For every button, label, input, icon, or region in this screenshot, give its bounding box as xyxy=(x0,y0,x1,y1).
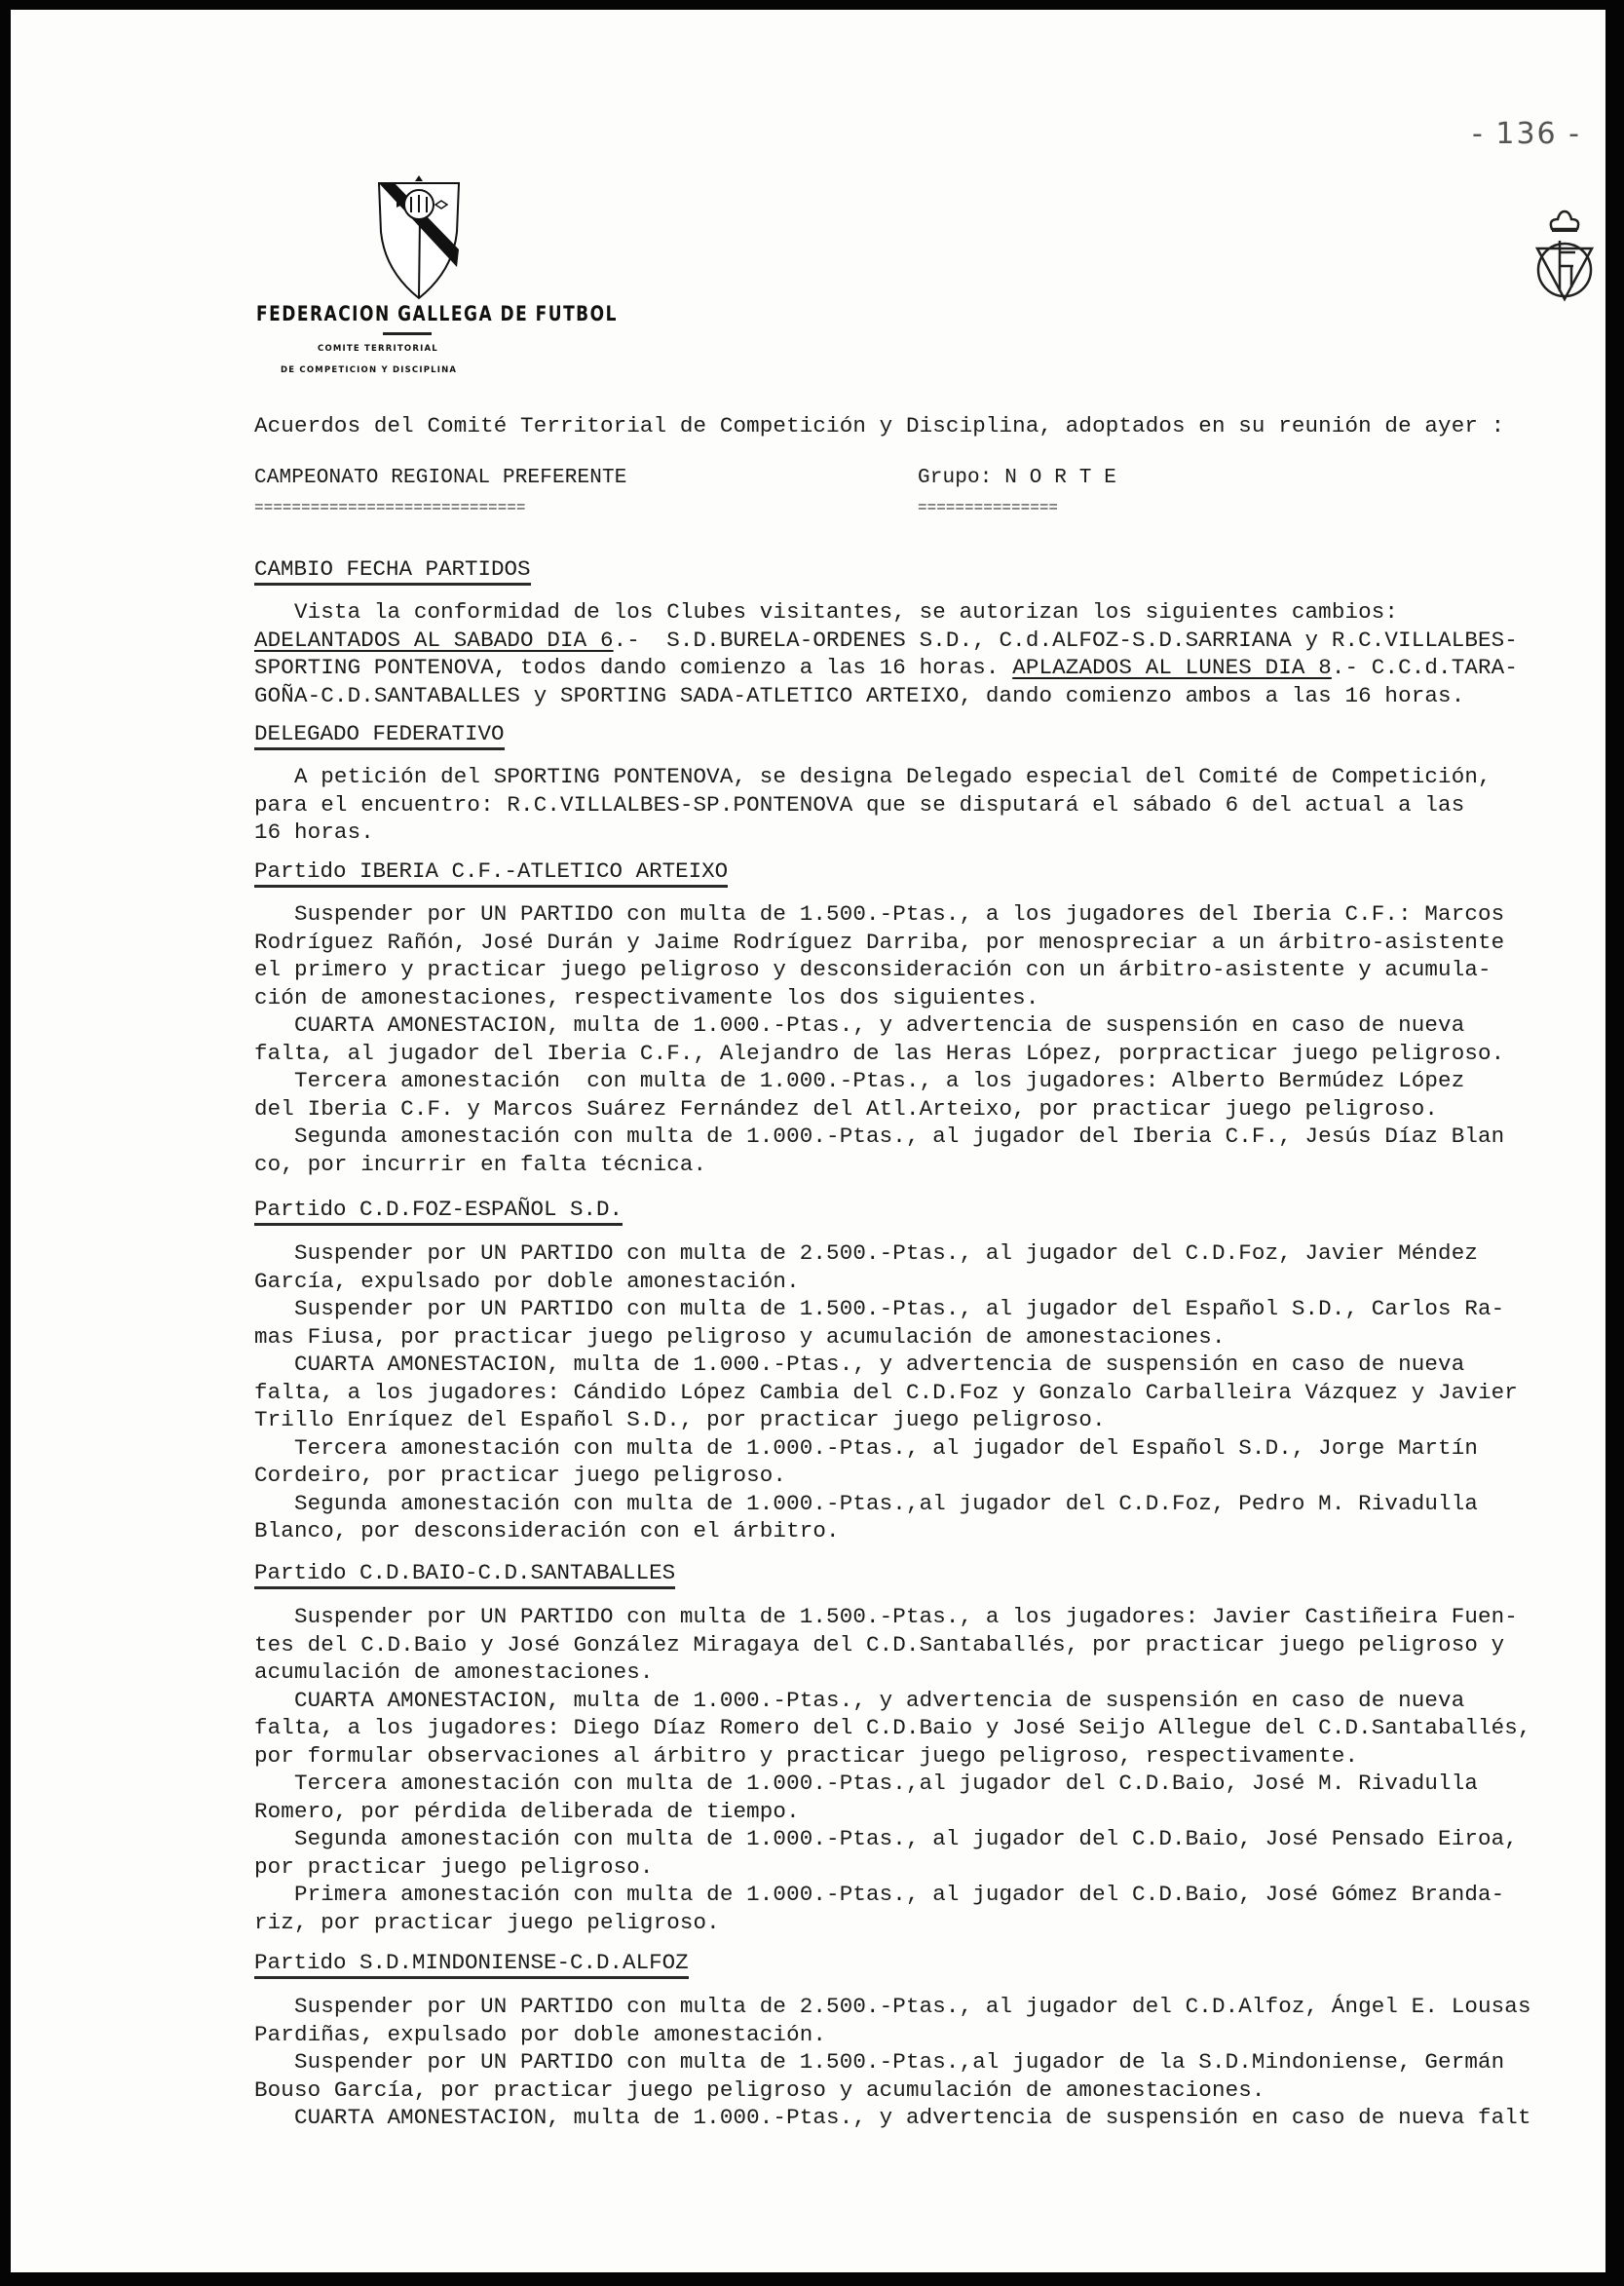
section-heading-delegado: DELEGADO FEDERATIVO xyxy=(254,720,505,747)
committee-line-1: COMITE TERRITORIAL xyxy=(318,344,438,354)
document-page: - 136 - FEDERACION GALLEGA DE FUTBOL COM… xyxy=(11,10,1605,2272)
competition-name-rule: ============================= xyxy=(254,499,525,516)
section-heading-mindoniense-alfoz: Partido S.D.MINDONIENSE-C.D.ALFOZ xyxy=(254,1949,689,1976)
intro-text: Acuerdos del Comité Territorial de Compe… xyxy=(254,412,1579,440)
rfef-crowned-emblem-icon xyxy=(1532,210,1597,303)
section-heading-iberia-arteixo: Partido IBERIA C.F.-ATLETICO ARTEIXO xyxy=(254,857,728,885)
competition-name: CAMPEONATO REGIONAL PREFERENTE xyxy=(254,465,839,493)
galician-federation-shield-icon xyxy=(375,173,463,300)
letterhead-divider xyxy=(383,332,432,335)
section-heading-cambio-fecha: CAMBIO FECHA PARTIDOS xyxy=(254,555,531,583)
group-name: Grupo: N O R T E xyxy=(918,465,1307,493)
section-body-cambio-fecha: Vista la conformidad de los Clubes visit… xyxy=(254,598,1579,709)
section-heading-baio-santaballes: Partido C.D.BAIO-C.D.SANTABALLES xyxy=(254,1559,675,1586)
section-body-baio-santaballes: Suspender por UN PARTIDO con multa de 1.… xyxy=(254,1603,1579,1936)
section-heading-foz-espanol: Partido C.D.FOZ-ESPAÑOL S.D. xyxy=(254,1196,623,1223)
section-body-mindoniense-alfoz: Suspender por UN PARTIDO con multa de 2.… xyxy=(254,1993,1579,2132)
committee-line-2: DE COMPETICION Y DISCIPLINA xyxy=(281,365,457,375)
page-number: - 136 - xyxy=(1472,117,1581,151)
section-body-iberia-arteixo: Suspender por UN PARTIDO con multa de 1.… xyxy=(254,900,1579,1178)
group-name-rule: =============== xyxy=(918,499,1058,516)
section-body-delegado: A petición del SPORTING PONTENOVA, se de… xyxy=(254,763,1579,847)
organization-name: FEDERACION GALLEGA DE FUTBOL xyxy=(256,302,618,326)
section-body-foz-espanol: Suspender por UN PARTIDO con multa de 2.… xyxy=(254,1239,1579,1545)
